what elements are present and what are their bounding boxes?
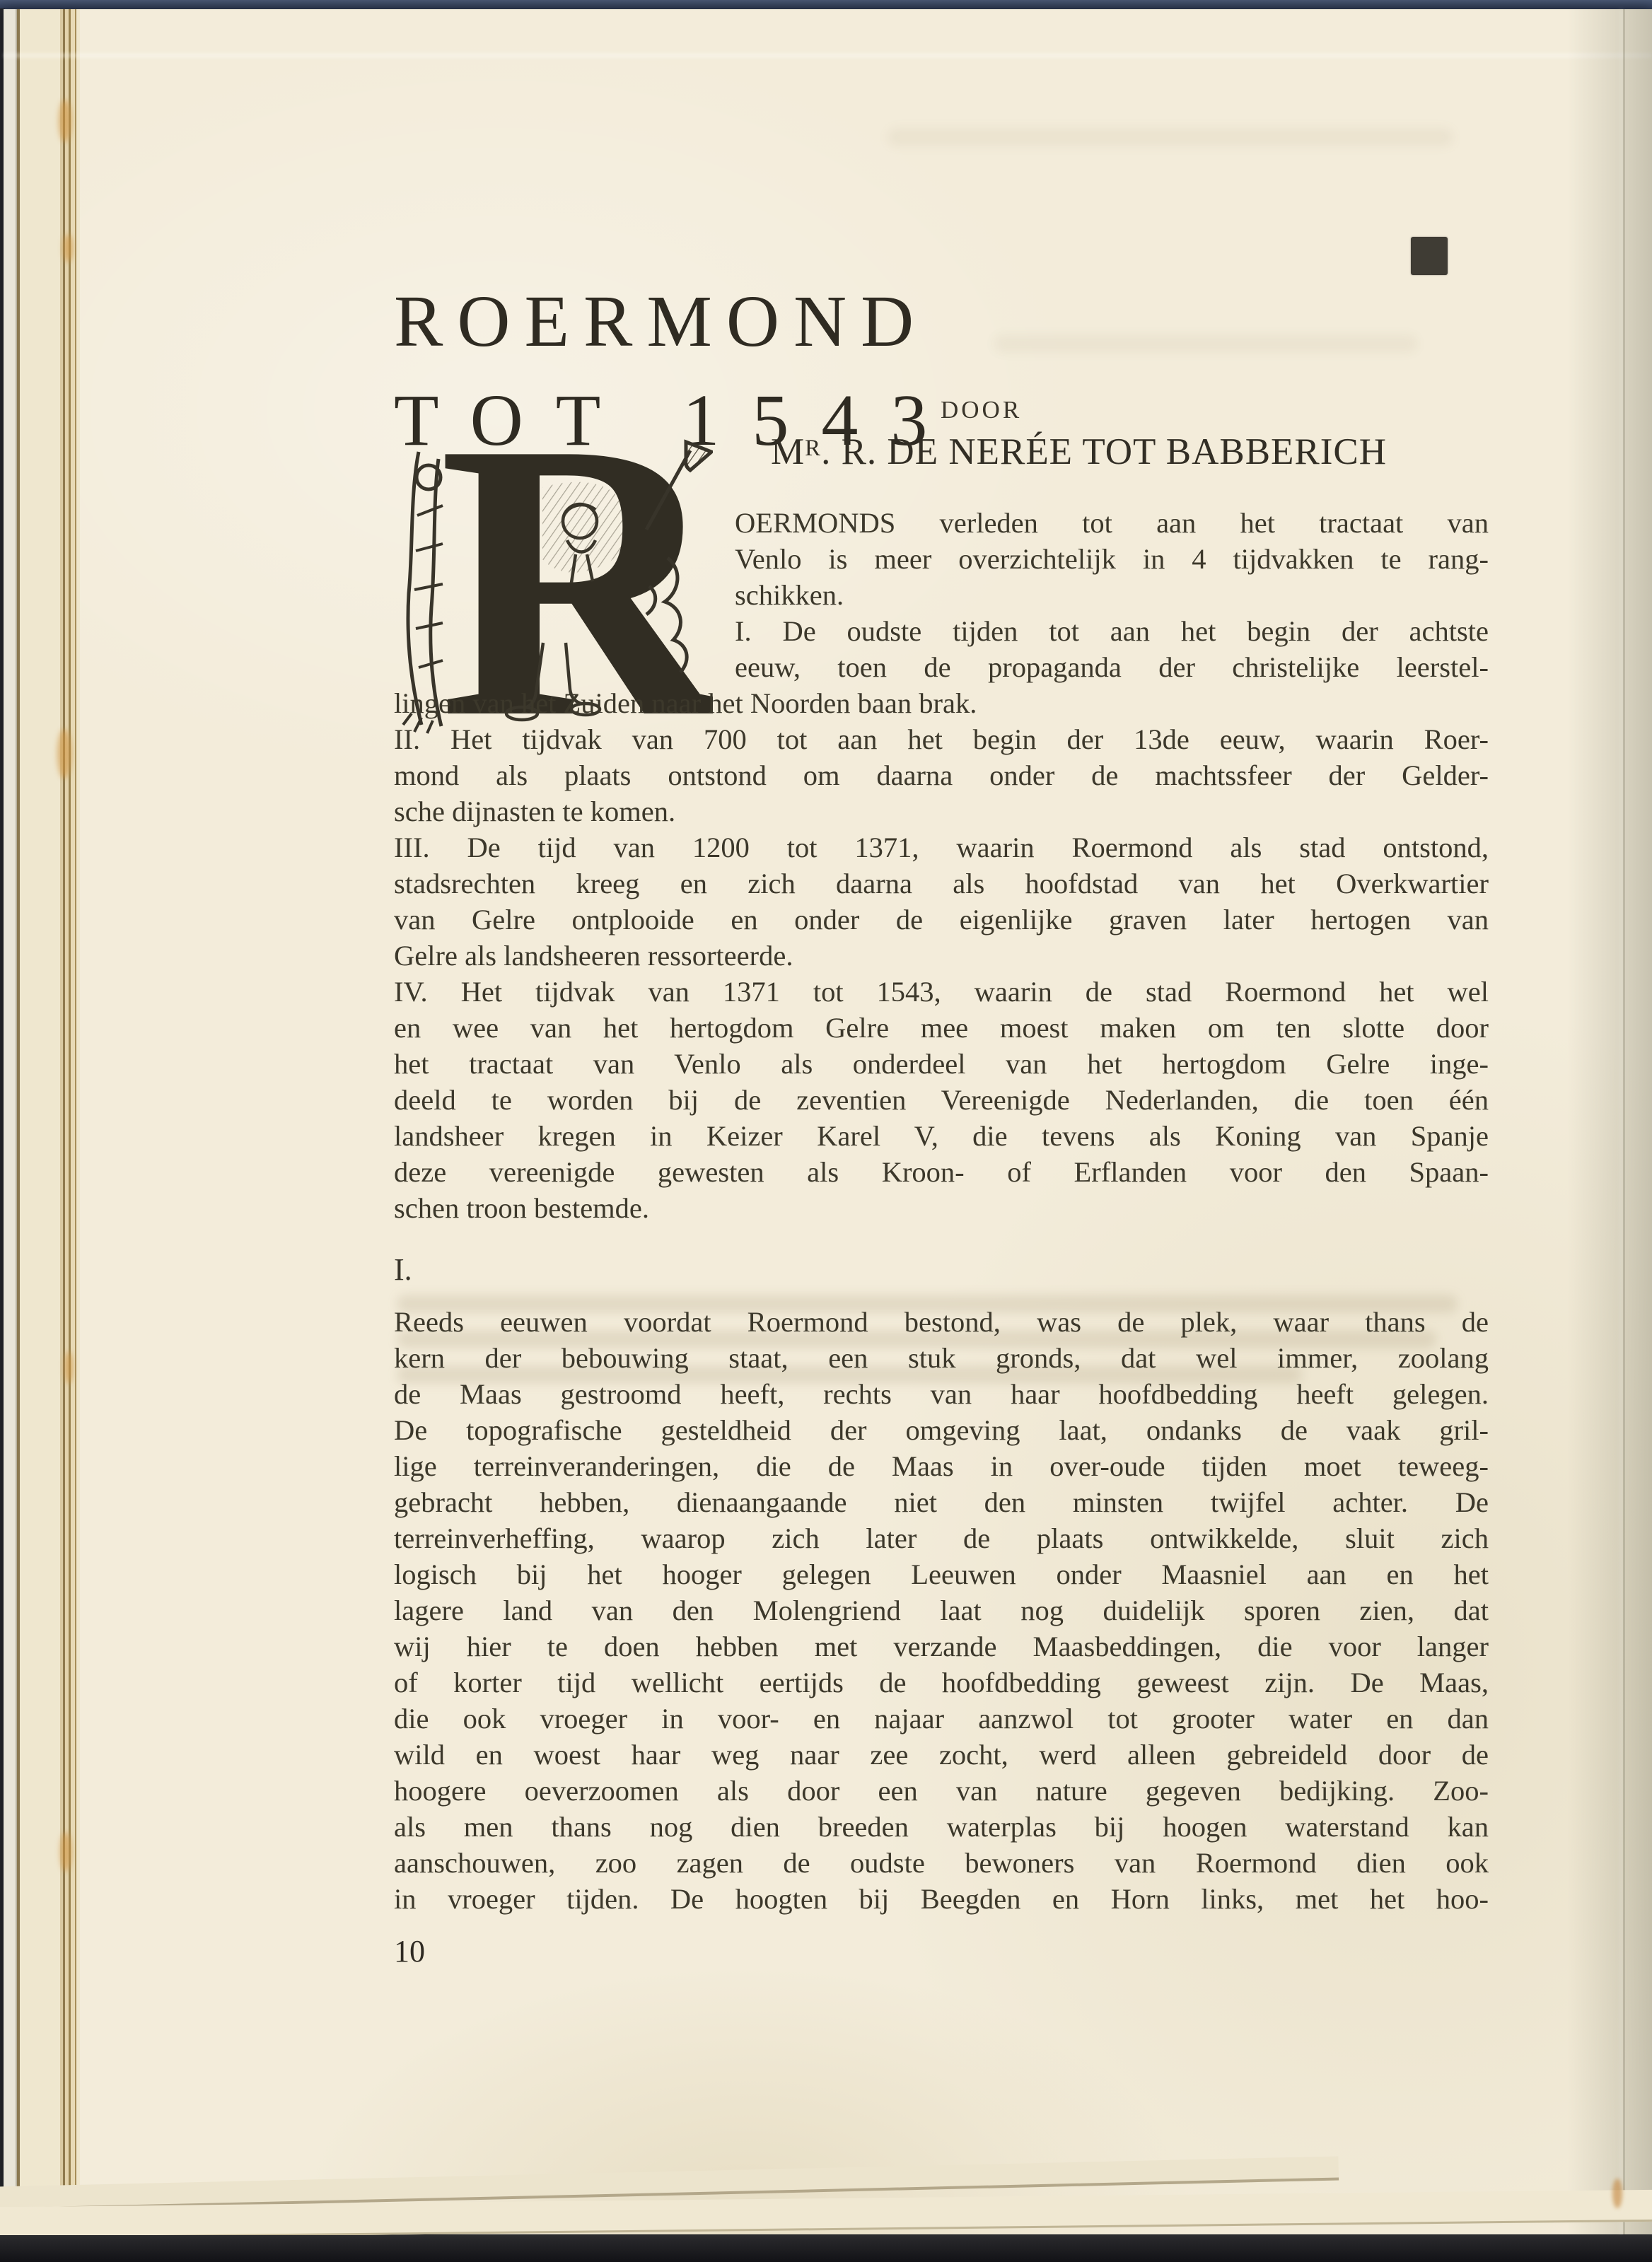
- text-line: het tractaat van Venlo als onderdeel van…: [394, 1046, 1489, 1082]
- ink-showthrough: [994, 334, 1418, 353]
- text-line: De topografische gesteldheid der omgevin…: [394, 1412, 1489, 1448]
- text-line: wij hier te doen hebben met verzande Maa…: [394, 1628, 1489, 1665]
- text-line: Venlo is meer overzichtelijk in 4 tijdva…: [735, 541, 1489, 577]
- text-line: schen troon bestemde.: [394, 1190, 1489, 1226]
- text-line: hoogere oeverzoomen als door een van nat…: [394, 1773, 1489, 1809]
- text-line: Reeds eeuwen voordat Roermond bestond, w…: [394, 1304, 1489, 1340]
- text-line: sche dijnasten te komen.: [394, 793, 1489, 829]
- text-line: wild en woest haar weg naar zee zocht, w…: [394, 1737, 1489, 1773]
- text-line: van Gelre ontplooide en onder de eigenli…: [394, 902, 1489, 938]
- text-line: Gelre als landsheeren ressorteerde.: [394, 938, 1489, 974]
- text-line: mond als plaats ontstond om daarna onder…: [394, 757, 1489, 793]
- text-line: eeuw, toen de propaganda der christelijk…: [735, 649, 1489, 685]
- paper-crease-line: [4, 53, 1652, 58]
- text-line: en wee van het hertogdom Gelre mee moest…: [394, 1010, 1489, 1046]
- text-line: terreinverheffing, waarop zich later de …: [394, 1520, 1489, 1556]
- text-line: aanschouwen, zoo zagen de oudste bewoner…: [394, 1845, 1489, 1881]
- text-line: als men thans nog dien breeden waterplas…: [394, 1809, 1489, 1845]
- text-line: kern der bebouwing staat, een stuk grond…: [394, 1340, 1489, 1376]
- page-edge-strips: [4, 9, 80, 2234]
- text-line: die ook vroeger in voor- en najaar aanzw…: [394, 1701, 1489, 1737]
- text-line: of korter tijd wellicht eertijds de hoof…: [394, 1665, 1489, 1701]
- book-top-edge: [0, 0, 1652, 10]
- page-number: 10: [394, 1933, 425, 1969]
- fore-edge-crease: [1623, 9, 1625, 2234]
- page-curl-shading: [1567, 9, 1652, 2234]
- book-photo: ROERMOND TOT 1543 DOOR MR. R. DE NERÉE T…: [0, 0, 1652, 2262]
- table-surface: [0, 2235, 1652, 2262]
- text-line: deeld te worden bij de zeventien Vereeni…: [394, 1082, 1489, 1118]
- paper-stain: [60, 1832, 71, 1872]
- ink-showthrough: [888, 128, 1453, 146]
- text-line: III. De tijd van 1200 tot 1371, waarin R…: [394, 829, 1489, 865]
- paper-stain: [1612, 2179, 1622, 2208]
- text-line: lige terreinveranderingen, die de Maas i…: [394, 1448, 1489, 1484]
- text-line: de Maas gestroomd heeft, rechts van haar…: [394, 1376, 1489, 1412]
- text-line: stadsrechten kreeg en zich daarna als ho…: [394, 865, 1489, 902]
- section-heading: I.: [394, 1252, 1489, 1294]
- text-line: deze vereenigde gewesten als Kroon- of E…: [394, 1154, 1489, 1190]
- page-title-line1: ROERMOND: [394, 279, 928, 363]
- author-name: MR. R. DE NERÉE TOT BABBERICH: [771, 431, 1387, 473]
- byline-label: DOOR: [941, 396, 1022, 424]
- text-line: logisch bij het hooger gelegen Leeuwen o…: [394, 1556, 1489, 1592]
- text-line: I. De oudste tijden tot aan het begin de…: [735, 613, 1489, 649]
- paper-stain: [63, 234, 73, 262]
- text-line: in vroeger tijden. De hoogten bij Beegde…: [394, 1881, 1489, 1917]
- text-line: OERMONDS verleden tot aan het tractaat v…: [735, 505, 1489, 541]
- article-body: OERMONDS verleden tot aan het tractaat v…: [394, 505, 1489, 1917]
- paper-stain: [59, 100, 71, 142]
- book-page: ROERMOND TOT 1543 DOOR MR. R. DE NERÉE T…: [4, 9, 1652, 2234]
- intro-paragraph: OERMONDS verleden tot aan het tractaat v…: [394, 505, 1489, 1226]
- text-line: landsheer kregen in Keizer Karel V, die …: [394, 1118, 1489, 1154]
- section-paragraph: Reeds eeuwen voordat Roermond bestond, w…: [394, 1304, 1489, 1917]
- text-line: gebracht hebben, dienaangaande niet den …: [394, 1484, 1489, 1520]
- paper-stain: [64, 1351, 73, 1384]
- paper-stain: [57, 729, 71, 779]
- text-line: schikken.: [735, 577, 1489, 613]
- text-line: lingen van het Zuiden naar het Noorden b…: [394, 685, 1489, 721]
- author-rest: . R. DE NERÉE TOT BABBERICH: [821, 431, 1387, 472]
- author-prefix: M: [771, 431, 805, 472]
- text-line: lagere land van den Molengriend laat nog…: [394, 1592, 1489, 1628]
- printers-mark-square: [1411, 237, 1448, 275]
- author-superscript: R: [805, 436, 821, 461]
- text-line: IV. Het tijdvak van 1371 tot 1543, waari…: [394, 974, 1489, 1010]
- text-line: II. Het tijdvak van 700 tot aan het begi…: [394, 721, 1489, 757]
